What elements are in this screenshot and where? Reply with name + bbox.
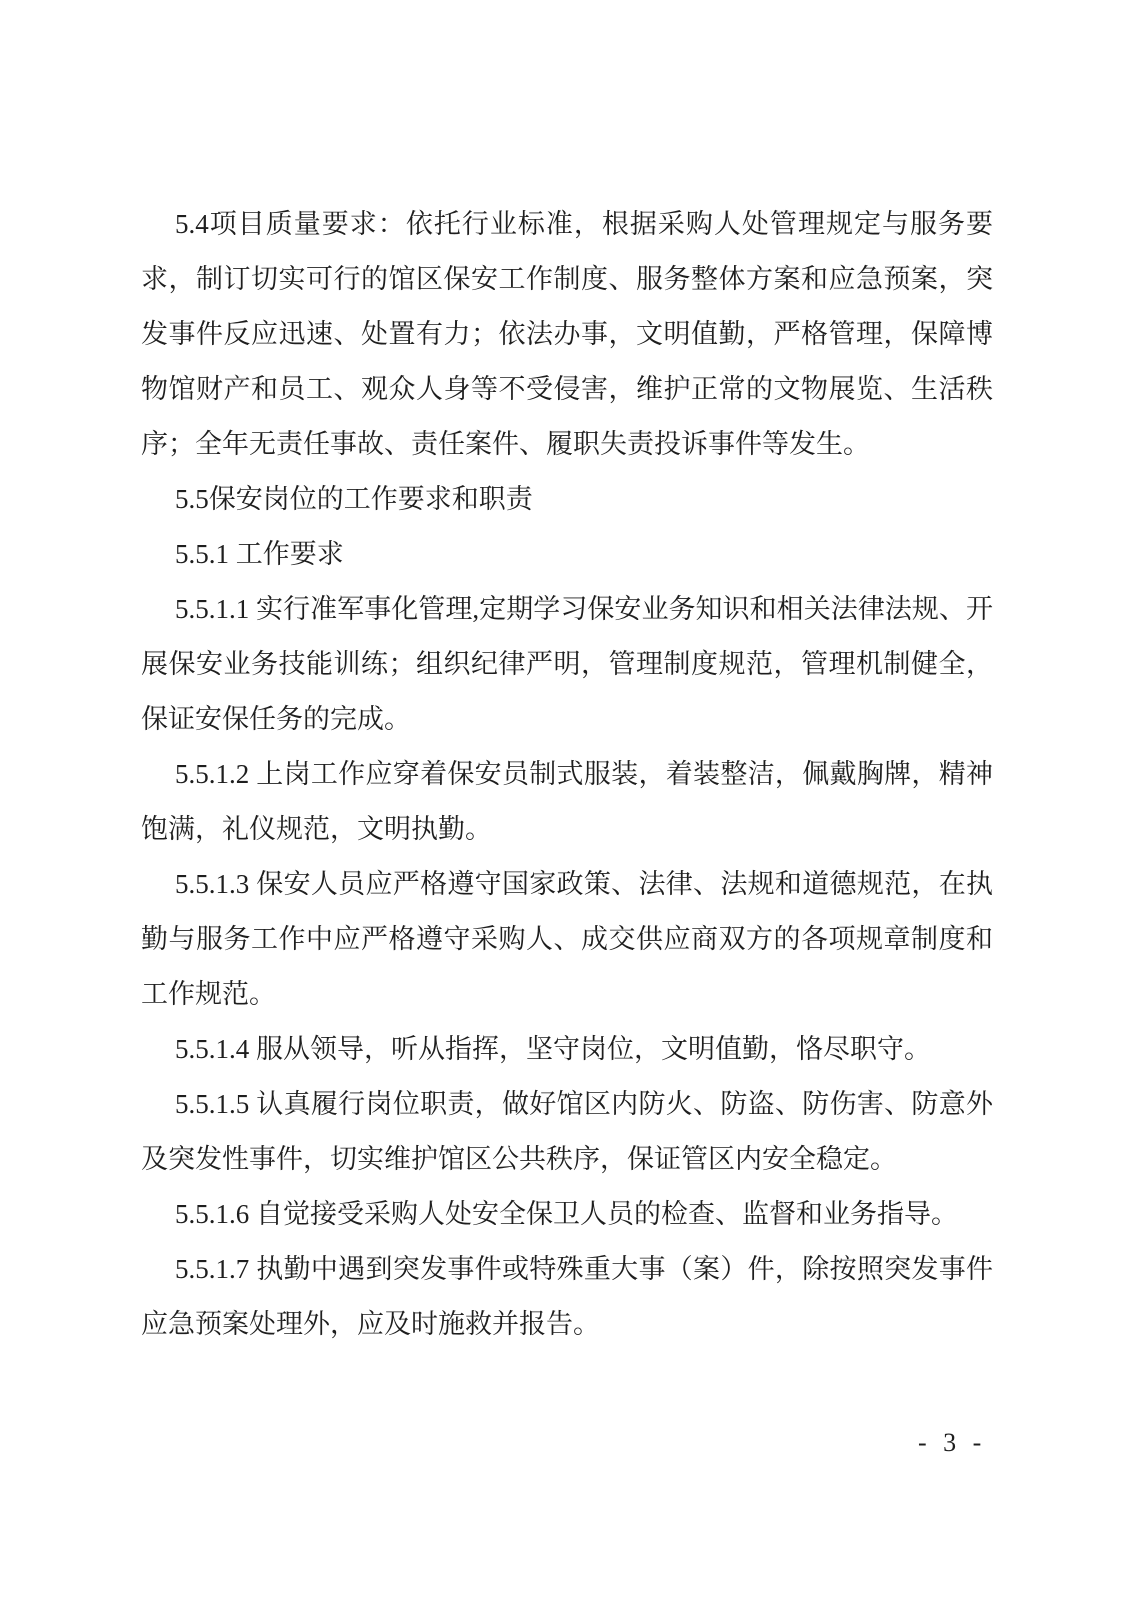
heading-5-5-1: 5.5.1 工作要求 xyxy=(141,527,993,582)
document-body: 5.4项目质量要求：依托行业标准，根据采购人处管理规定与服务要求，制订切实可行的… xyxy=(141,197,993,1352)
paragraph-5-5-1-2: 5.5.1.2 上岗工作应穿着保安员制式服装，着装整洁，佩戴胸牌，精神饱满，礼仪… xyxy=(141,747,993,857)
paragraph-5-5-1-1: 5.5.1.1 实行准军事化管理,定期学习保安业务知识和相关法律法规、开展保安业… xyxy=(141,582,993,747)
paragraph-5-5-1-7: 5.5.1.7 执勤中遇到突发事件或特殊重大事（案）件，除按照突发事件应急预案处… xyxy=(141,1242,993,1352)
paragraph-5-4: 5.4项目质量要求：依托行业标准，根据采购人处管理规定与服务要求，制订切实可行的… xyxy=(141,197,993,472)
page-number: - 3 - xyxy=(918,1428,986,1458)
paragraph-5-5-1-5: 5.5.1.5 认真履行岗位职责，做好馆区内防火、防盗、防伤害、防意外及突发性事… xyxy=(141,1077,993,1187)
heading-5-5: 5.5保安岗位的工作要求和职责 xyxy=(141,472,993,527)
paragraph-5-5-1-6: 5.5.1.6 自觉接受采购人处安全保卫人员的检查、监督和业务指导。 xyxy=(141,1187,993,1242)
paragraph-5-5-1-3: 5.5.1.3 保安人员应严格遵守国家政策、法律、法规和道德规范，在执勤与服务工… xyxy=(141,857,993,1022)
paragraph-5-5-1-4: 5.5.1.4 服从领导，听从指挥，坚守岗位，文明值勤，恪尽职守。 xyxy=(141,1022,993,1077)
document-page: 5.4项目质量要求：依托行业标准，根据采购人处管理规定与服务要求，制订切实可行的… xyxy=(0,0,1131,1600)
